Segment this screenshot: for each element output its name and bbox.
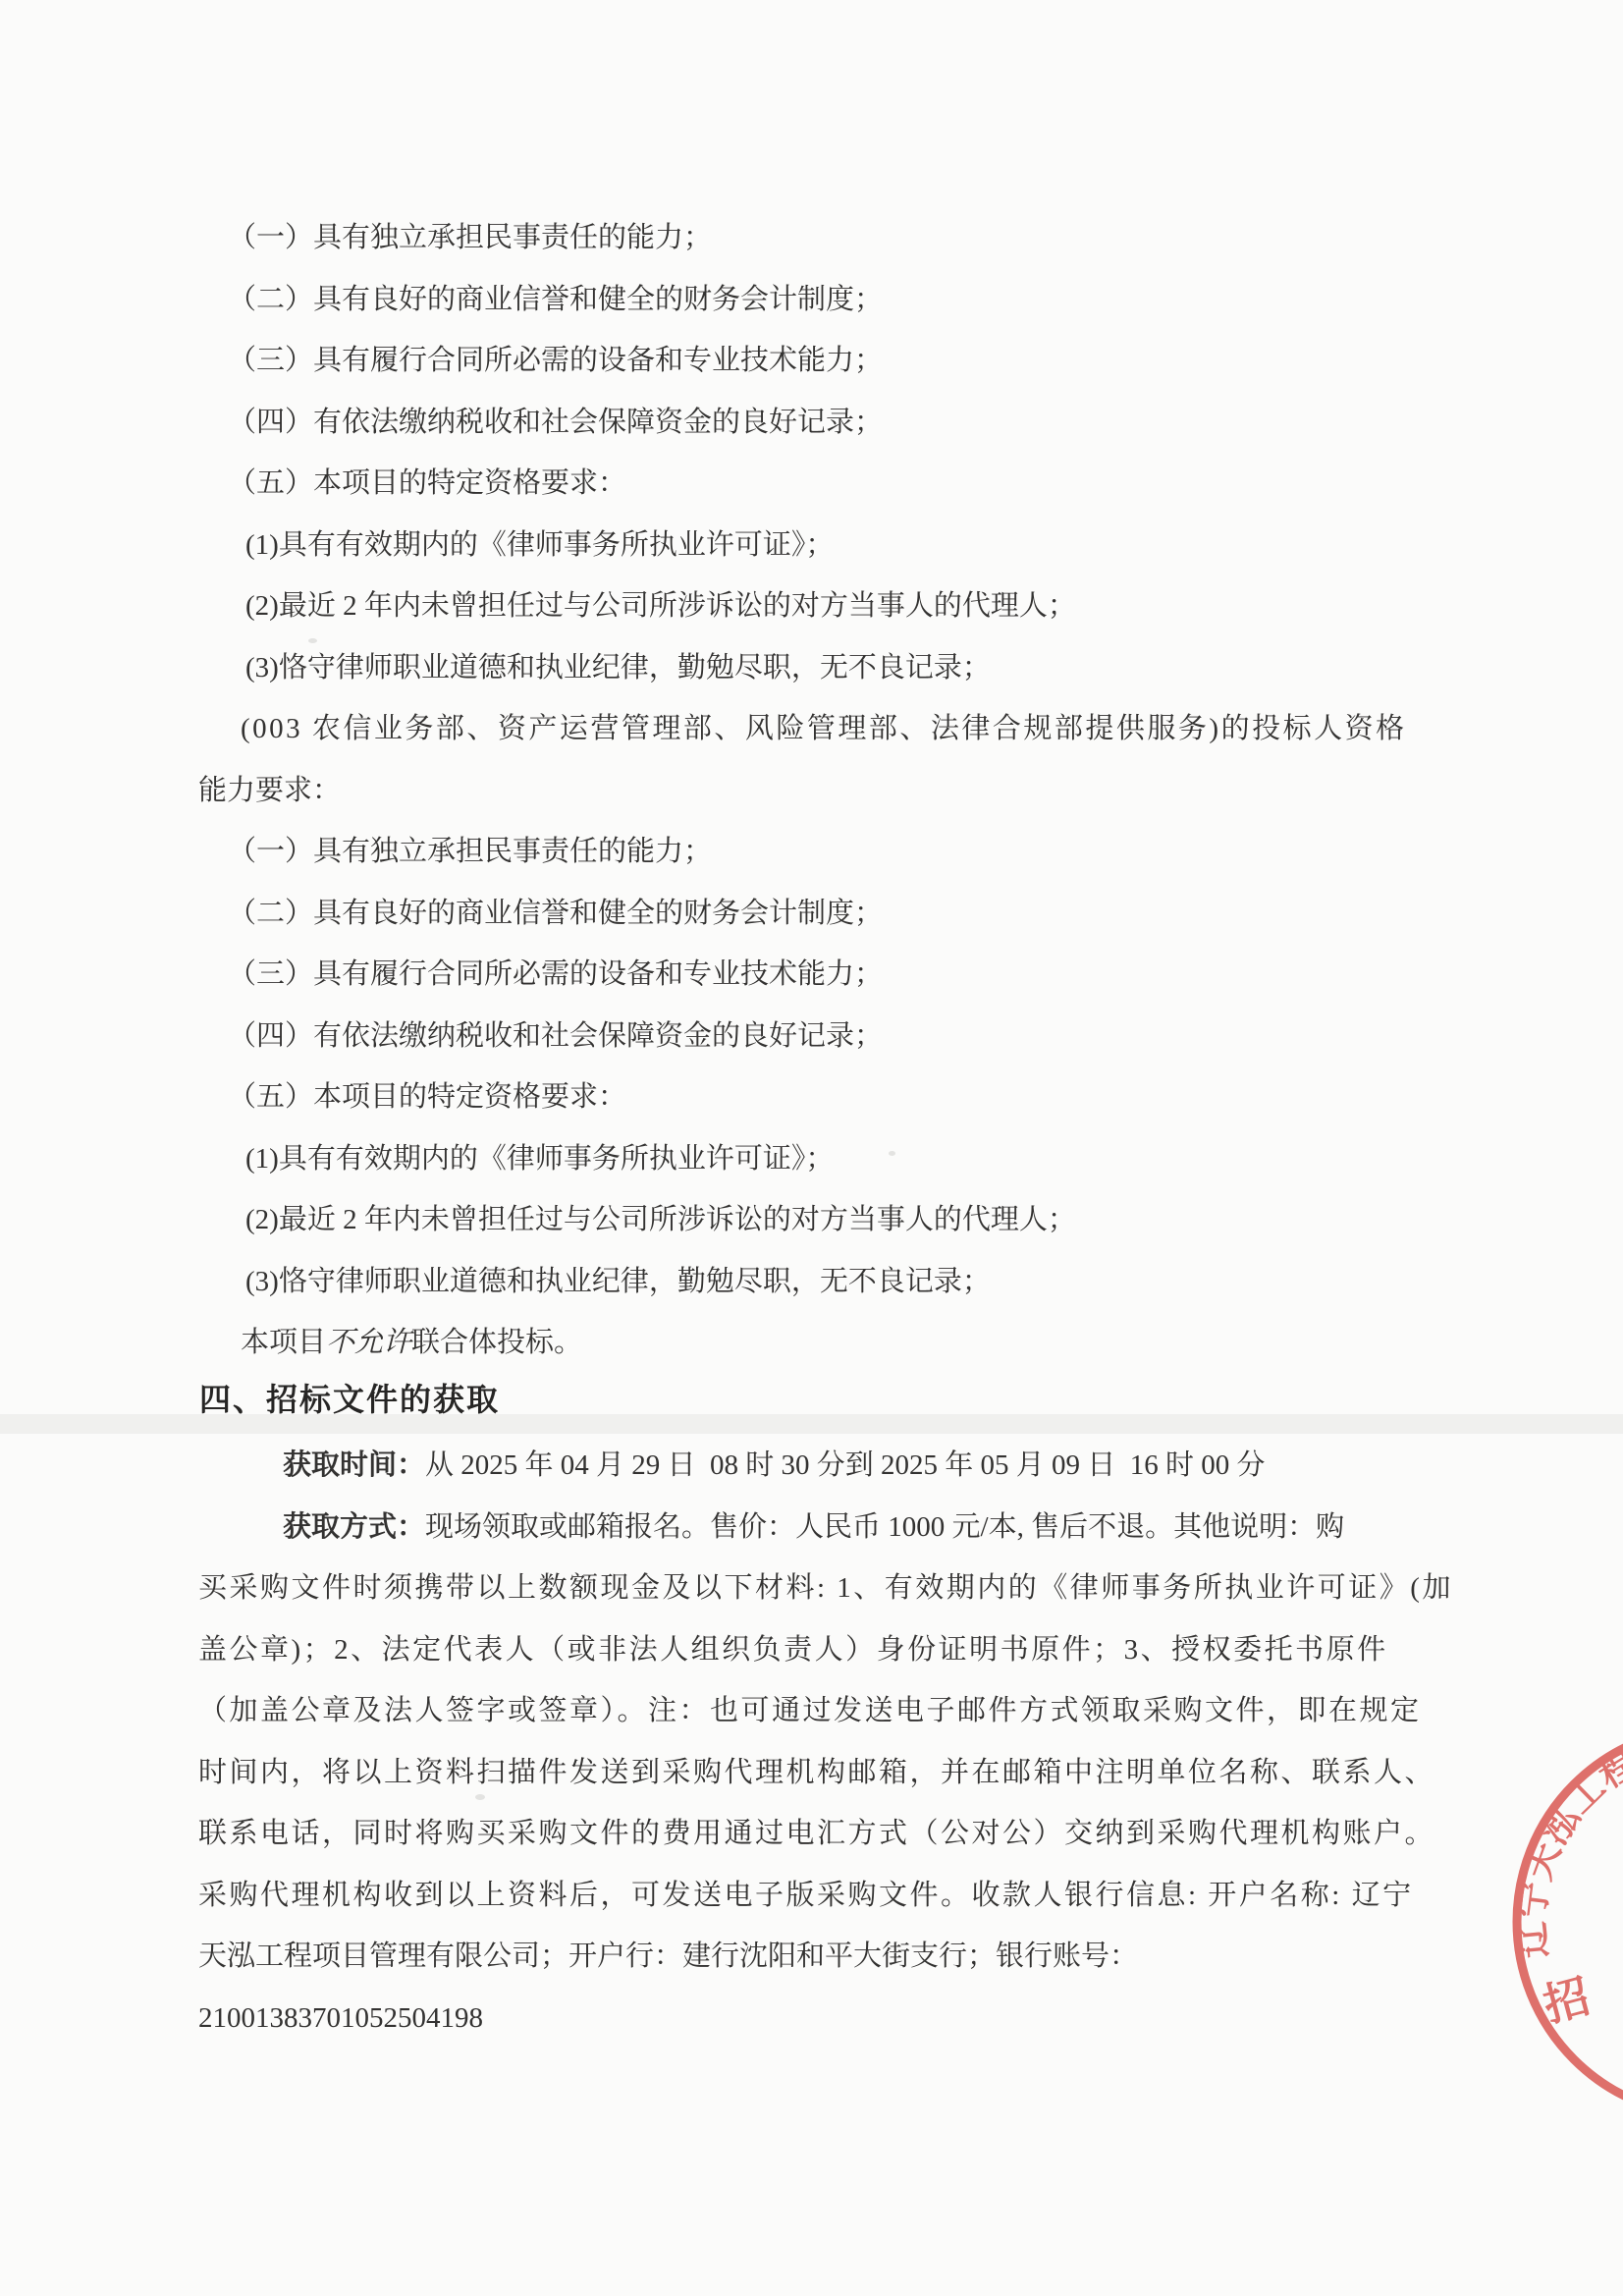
list-item: （四）有依法缴纳税收和社会保障资金的良好记录； (228, 403, 883, 442)
list-item: （一）具有独立承担民事责任的能力； (228, 218, 712, 257)
acquisition-time-line: 获取时间：从 2025 年 04 月 29 日 08 时 30 分到 2025 … (283, 1446, 1266, 1485)
seal-arc-textpath: 辽宁天泓工程 (1511, 1742, 1623, 1960)
list-item: （五）本项目的特定资格要求： (228, 464, 626, 503)
list-item: （二）具有良好的商业信誉和健全的财务会计制度； (228, 280, 883, 319)
document-page: （一）具有独立承担民事责任的能力； （二）具有良好的商业信誉和健全的财务会计制度… (0, 0, 1623, 2296)
list-subitem: (3)恪守律师职业道德和执业纪律，勤勉尽职，无不良记录； (245, 648, 991, 687)
list-item: （五）本项目的特定资格要求： (228, 1077, 626, 1117)
bank-account-number: 21001383701052504198 (198, 1998, 483, 2038)
list-item: （二）具有良好的商业信誉和健全的财务会计制度； (228, 894, 883, 933)
list-item: （四）有依法缴纳税收和社会保障资金的良好记录； (228, 1016, 883, 1056)
section-heading: 四、招标文件的获取 (199, 1380, 500, 1419)
list-subitem: (1)具有有效期内的《律师事务所执业许可证》； (245, 1139, 834, 1178)
seal-arc-text: 辽宁天泓工程 (1511, 1742, 1623, 1960)
scan-smudge (475, 1794, 485, 1800)
list-subitem: (1)具有有效期内的《律师事务所执业许可证》； (245, 525, 834, 565)
list-subitem: (3)恪守律师职业道德和执业纪律，勤勉尽职，无不良记录； (245, 1262, 991, 1301)
red-seal-stamp: 辽宁天泓工程 招 (1500, 1725, 1623, 2138)
list-subitem: (2)最近 2 年内未曾担任过与公司所涉诉讼的对方当事人的代理人； (245, 586, 1076, 626)
joint-bid-emphasis: 不允许 (326, 1327, 411, 1358)
paragraph-line: 天泓工程项目管理有限公司；开户行：建行沈阳和平大街支行；银行账号： (198, 1937, 1138, 1976)
list-item: （三）具有履行合同所必需的设备和专业技术能力； (228, 341, 883, 380)
paragraph-line: 联系电话，同时将购买采购文件的费用通过电汇方式（公对公）交纳到采购代理机构账户。 (198, 1814, 1435, 1853)
paragraph-line: 采购代理机构收到以上资料后，可发送电子版采购文件。收款人银行信息: 开户名称: … (198, 1876, 1414, 1915)
joint-bid-post: 联合体投标。 (411, 1327, 582, 1358)
section-intro-line: 能力要求： (198, 771, 341, 810)
acquisition-method-line: 获取方式：现场领取或邮箱报名。售价：人民币 1000 元/本, 售后不退。其他说… (283, 1507, 1344, 1547)
paragraph-line: 时间内，将以上资料扫描件发送到采购代理机构邮箱，并在邮箱中注明单位名称、联系人、 (198, 1753, 1435, 1792)
section-intro-line: (003 农信业务部、资产运营管理部、风险管理部、法律合规部提供服务)的投标人资… (241, 709, 1407, 748)
list-item: （一）具有独立承担民事责任的能力； (228, 832, 712, 871)
acquisition-method-label: 获取方式： (283, 1511, 425, 1543)
joint-bid-statement: 本项目不允许联合体投标。 (241, 1323, 582, 1362)
scan-smudge (889, 1151, 895, 1156)
acquisition-time-value: 从 2025 年 04 月 29 日 08 时 30 分到 2025 年 05 … (425, 1449, 1266, 1481)
paragraph-line: （加盖公章及法人签字或签章）。注：也可通过发送电子邮件方式领取采购文件，即在规定 (198, 1691, 1422, 1730)
acquisition-method-text: 现场领取或邮箱报名。售价：人民币 1000 元/本, 售后不退。其他说明：购 (425, 1511, 1344, 1543)
scan-smudge (308, 638, 317, 643)
paragraph-line: 买采购文件时须携带以上数额现金及以下材料: 1、有效期内的《律师事务所执业许可证… (198, 1568, 1453, 1608)
joint-bid-pre: 本项目 (241, 1327, 326, 1358)
paragraph-line: 盖公章)；2、法定代表人（或非法人组织负责人）身份证明书原件；3、授权委托书原件 (198, 1630, 1388, 1669)
list-item: （三）具有履行合同所必需的设备和专业技术能力； (228, 955, 883, 994)
acquisition-time-label: 获取时间： (283, 1449, 425, 1481)
list-subitem: (2)最近 2 年内未曾担任过与公司所涉诉讼的对方当事人的代理人； (245, 1200, 1076, 1239)
